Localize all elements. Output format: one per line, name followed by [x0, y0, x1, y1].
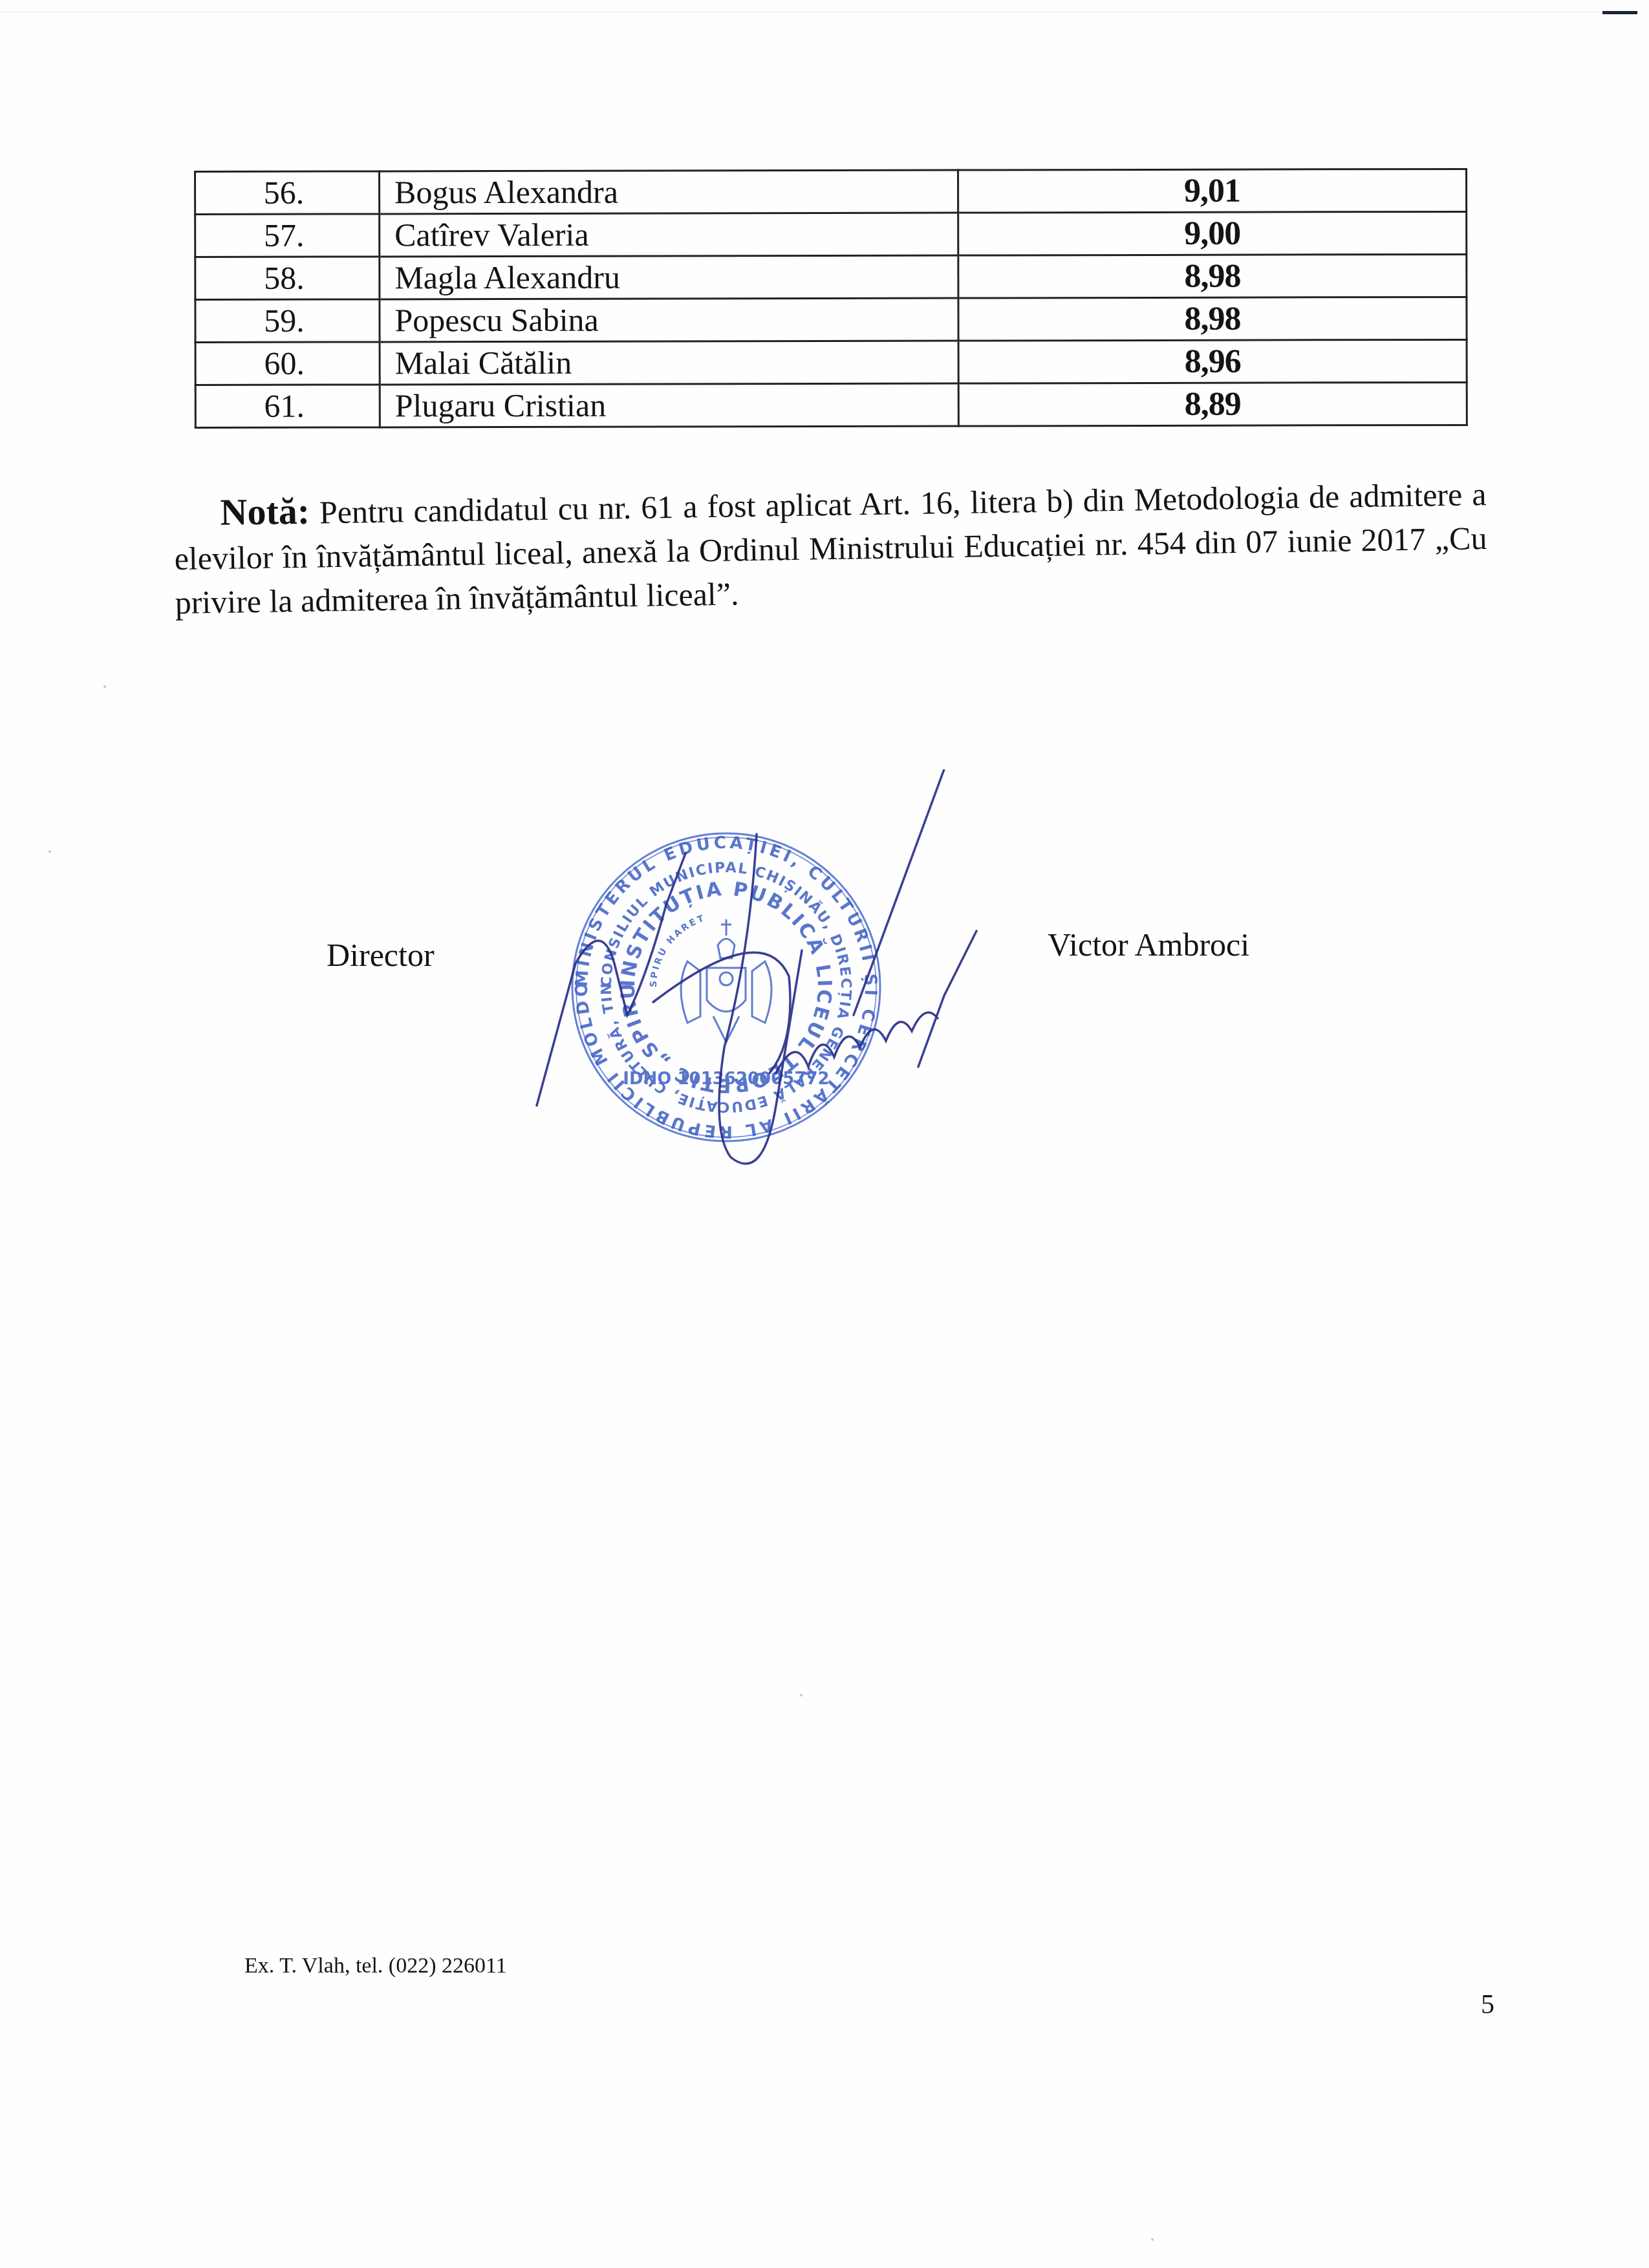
- candidate-name: Catîrev Valeria: [380, 213, 958, 257]
- note-text: Pentru candidatul cu nr. 61 a fost aplic…: [174, 476, 1487, 621]
- row-number: 61.: [195, 385, 380, 428]
- candidate-name: Popescu Sabina: [380, 298, 958, 342]
- candidate-score: 8,89: [958, 382, 1467, 426]
- candidate-score: 8,96: [958, 339, 1467, 383]
- table-row: 61.Plugaru Cristian8,89: [195, 382, 1467, 427]
- document-page: 56.Bogus Alexandra9,0157.Catîrev Valeria…: [0, 0, 1649, 2268]
- row-number: 58.: [195, 257, 380, 300]
- note-label: Notă:: [220, 490, 310, 533]
- table-row: 58.Magla Alexandru8,98: [195, 254, 1467, 299]
- director-name: Victor Ambroci: [1048, 926, 1249, 963]
- director-role: Director: [327, 936, 435, 974]
- table-row: 56.Bogus Alexandra9,01: [195, 169, 1467, 214]
- scan-speck: [48, 850, 51, 853]
- candidate-score: 9,01: [958, 169, 1467, 213]
- scan-speck: [103, 685, 106, 688]
- scan-edge-line: [0, 12, 1602, 13]
- table-row: 59.Popescu Sabina8,98: [195, 297, 1467, 342]
- candidate-name: Plugaru Cristian: [380, 383, 958, 427]
- admission-scores-table: 56.Bogus Alexandra9,0157.Catîrev Valeria…: [194, 168, 1468, 429]
- row-number: 59.: [195, 299, 380, 343]
- scan-edge-mark: [1602, 11, 1637, 14]
- candidate-score: 8,98: [958, 254, 1467, 298]
- scan-speck: [800, 1694, 803, 1696]
- scan-speck: [1151, 2238, 1154, 2241]
- candidate-score: 8,98: [958, 297, 1467, 341]
- table-row: 60.Malai Cătălin8,96: [195, 339, 1467, 385]
- handwritten-signature-icon: [517, 769, 1099, 1196]
- candidate-score: 9,00: [958, 211, 1467, 255]
- row-number: 57.: [195, 214, 380, 257]
- row-number: 60.: [195, 342, 380, 385]
- candidate-name: Bogus Alexandra: [380, 170, 958, 214]
- candidate-name: Malai Cătălin: [380, 341, 958, 385]
- candidate-name: Magla Alexandru: [380, 255, 958, 299]
- table-row: 57.Catîrev Valeria9,00: [195, 211, 1467, 257]
- note-paragraph: Notă: Pentru candidatul cu nr. 61 a fost…: [173, 471, 1488, 625]
- row-number: 56.: [195, 171, 380, 215]
- page-number: 5: [1481, 1989, 1494, 2020]
- executor-contact: Ex. T. Vlah, tel. (022) 226011: [244, 1954, 507, 1978]
